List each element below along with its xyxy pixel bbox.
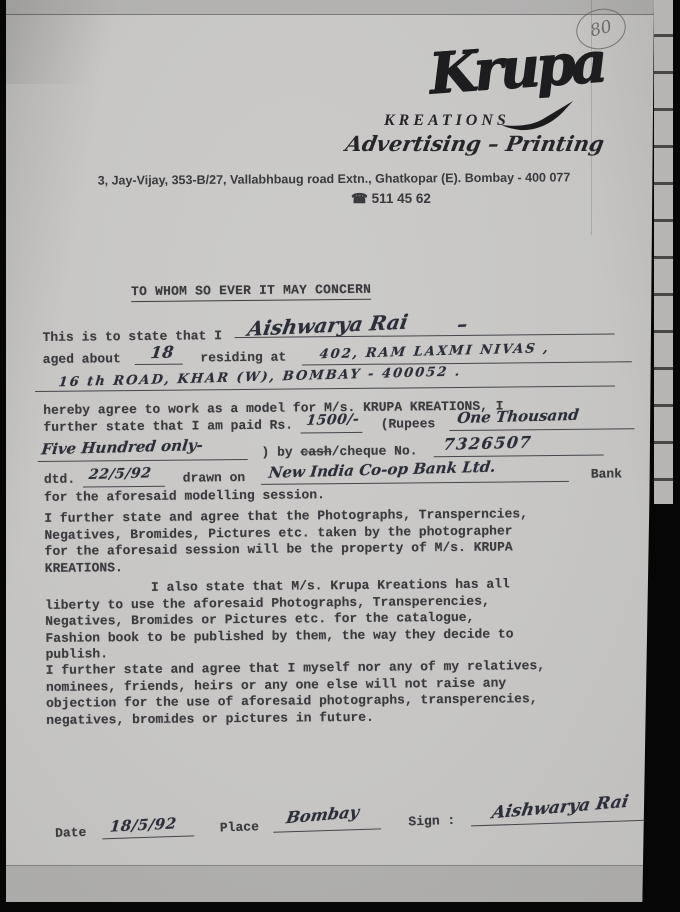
- cheque-label: /cheque No.: [332, 443, 418, 459]
- amount-words-blank-2: Five Hundred only-: [38, 444, 248, 462]
- aged-label: aged about: [43, 351, 121, 367]
- cheque-date-blank: 22/5/92: [83, 471, 165, 488]
- signature-handwritten: Aishwarya Rai: [491, 794, 630, 823]
- name-handwritten: Aishwarya Rai: [247, 312, 410, 339]
- statement-line-2: aged about 18 residing at 402, RAM LAXMI…: [43, 344, 632, 368]
- amount-blank: 1500/-: [301, 417, 363, 434]
- bank-label: Bank: [591, 466, 622, 481]
- clause-2: I also state that M/s. Krupa Kreations h…: [45, 576, 514, 663]
- drawn-on-label: drawn on: [183, 470, 246, 486]
- payment-line-3: Five Hundred only- ) by cash/cheque No. …: [38, 440, 604, 462]
- paid-label: further state that I am paid Rs.: [43, 418, 293, 435]
- scanned-document: 80 Krupa KREATIONS Advertising – Printin…: [0, 0, 680, 912]
- clause-3: I further state and agree that I myself …: [46, 658, 546, 729]
- cheque-date-handwritten: 22/5/92: [88, 466, 152, 482]
- age-handwritten: 18: [150, 344, 175, 361]
- statement-line-3: 16 th ROAD, KHAR (W), BOMBAY - 400052 .: [35, 370, 615, 392]
- notebook-page-edge: [654, 0, 673, 504]
- cheque-no-blank: 7326507: [433, 440, 603, 458]
- amount-words-handwritten-2: Five Hundred only-: [41, 438, 204, 457]
- address-handwritten-1: 402, RAM LAXMI NIVAS ,: [319, 342, 551, 361]
- name-dash-handwritten: –: [456, 314, 469, 334]
- statement-intro: This is to state that I: [42, 328, 222, 345]
- residing-label: residing at: [200, 350, 286, 366]
- document-body: TO WHOM SO EVER IT MAY CONCERN This is t…: [3, 0, 660, 902]
- address-blank-2: 16 th ROAD, KHAR (W), BOMBAY - 400052 .: [35, 370, 615, 392]
- cheque-no-handwritten: 7326507: [442, 434, 532, 452]
- cash-struck-label: cash: [300, 444, 331, 459]
- place-handwritten: Bombay: [285, 804, 360, 826]
- footer-line: Date 18/5/92 Place Bombay Sign : Aishwar…: [55, 805, 649, 841]
- date-blank: 18/5/92: [102, 820, 194, 839]
- address-blank-1: 402, RAM LAXMI NIVAS ,: [302, 346, 632, 365]
- document-page: 80 Krupa KREATIONS Advertising – Printin…: [6, 0, 654, 902]
- address-handwritten-2: 16 th ROAD, KHAR (W), BOMBAY - 400052 .: [58, 365, 462, 389]
- name-blank: Aishwarya Rai –: [235, 318, 615, 338]
- amount-words-handwritten-1: One Thousand: [456, 408, 579, 426]
- payment-line-5: for the aforesaid modelling session.: [44, 487, 325, 505]
- bank-blank: New India Co-op Bank Ltd.: [261, 466, 569, 485]
- close-paren-label: ) by: [261, 445, 292, 460]
- bank-handwritten: New India Co-op Bank Ltd.: [268, 460, 497, 481]
- place-blank: Bombay: [272, 813, 380, 832]
- clause-1: I further state and agree that the Photo…: [44, 506, 528, 577]
- sign-label: Sign :: [408, 813, 455, 830]
- document-title: TO WHOM SO EVER IT MAY CONCERN: [131, 282, 371, 302]
- payment-line-4: dtd. 22/5/92 drawn on New India Co-op Ba…: [44, 465, 622, 488]
- age-blank: 18: [134, 349, 182, 365]
- date-handwritten: 18/5/92: [109, 816, 177, 834]
- rupees-label: (Rupees: [381, 416, 436, 432]
- date-label: Date: [55, 825, 87, 841]
- amount-handwritten: 1500/-: [306, 412, 361, 427]
- place-label: Place: [220, 819, 259, 835]
- dtd-label: dtd.: [44, 472, 75, 487]
- amount-words-blank-1: One Thousand: [449, 413, 634, 431]
- signature-blank: Aishwarya Rai: [471, 805, 649, 827]
